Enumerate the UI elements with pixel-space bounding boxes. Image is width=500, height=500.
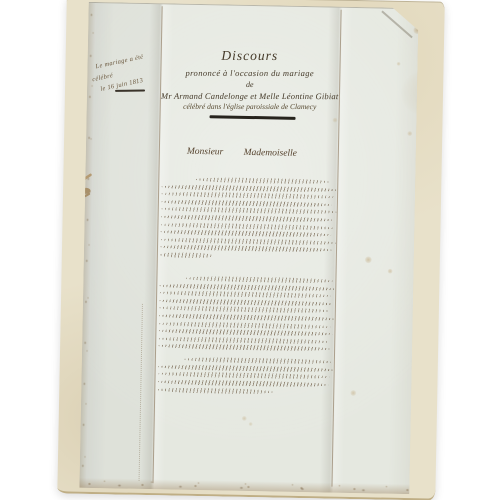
paragraph	[158, 275, 335, 352]
handwriting-line	[159, 313, 335, 321]
margin-note-underline	[115, 89, 145, 91]
foxing-stain	[364, 256, 371, 263]
foxing-stain	[332, 117, 337, 122]
foxing-stain	[387, 268, 392, 273]
handwriting-line	[184, 357, 332, 365]
title-block: Discours prononcé à l'occasion du mariag…	[160, 48, 339, 111]
handwriting-line	[159, 290, 332, 298]
handwriting-line	[157, 387, 273, 394]
body-text	[157, 176, 337, 398]
inner-crease-line	[139, 304, 143, 481]
handwriting-line	[161, 207, 337, 215]
handwriting-line	[160, 222, 334, 230]
foxing-stain	[397, 62, 401, 66]
title-line-1: Discours	[160, 48, 339, 64]
handwriting-line	[160, 237, 336, 245]
handwriting-line	[158, 344, 331, 352]
salutation-right: Mademoiselle	[244, 148, 297, 159]
foxing-stain	[407, 130, 412, 135]
handwriting-line	[157, 379, 328, 387]
handwriting-line	[160, 252, 213, 258]
handwriting-line	[159, 306, 330, 314]
paragraph	[157, 357, 334, 396]
title-line-5: célébré dans l'église paroissiale de Cla…	[160, 102, 339, 111]
document: Le mariage a été célébré le 16 juin 1813…	[0, 0, 500, 500]
handwriting-line	[161, 214, 334, 222]
photo-background: Le mariage a été célébré le 16 juin 1813…	[0, 0, 500, 500]
handwriting-line	[158, 372, 331, 380]
paragraph	[160, 176, 338, 260]
handwriting-line	[158, 328, 332, 336]
handwriting-line	[195, 177, 329, 185]
foxing-stain	[241, 415, 246, 420]
title-underline	[210, 115, 296, 119]
handwriting-line	[160, 245, 333, 253]
title-line-3: de	[160, 80, 339, 89]
salutation-left: Monsieur	[187, 147, 224, 158]
salutation: Monsieur Mademoiselle	[187, 147, 297, 159]
title-line-2: prononcé à l'occasion du mariage	[160, 68, 339, 78]
handwriting-line	[161, 199, 332, 207]
title-line-4: Mr Armand Candelonge et Melle Léontine G…	[160, 91, 339, 101]
handwriting-line	[158, 336, 329, 344]
manuscript-front-page: Le mariage a été célébré le 16 juin 1813…	[79, 2, 418, 494]
handwriting-line	[159, 321, 332, 329]
foxing-stain	[350, 390, 356, 396]
handwriting-line	[159, 283, 335, 291]
handwriting-line	[159, 298, 333, 306]
handwriting-line	[185, 276, 333, 284]
handwriting-line	[161, 184, 337, 192]
handwriting-line	[160, 229, 331, 237]
foxing-stain	[249, 422, 253, 426]
handwriting-line	[161, 191, 335, 199]
